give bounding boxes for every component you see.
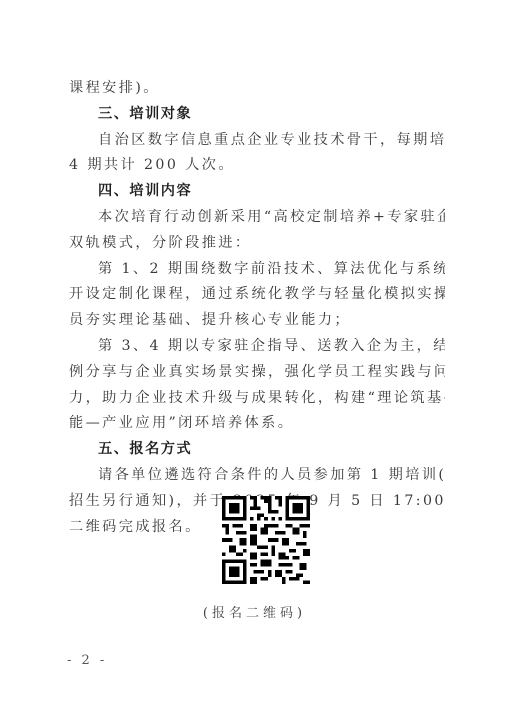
paragraph-line: 本次培育行动创新采用“高校定制培养+专家驻企指导” bbox=[69, 205, 445, 231]
paragraph-line: 自治区数字信息重点企业专业技术骨干，每期培训 50 人， bbox=[69, 128, 445, 154]
qr-caption: (报名二维码) bbox=[0, 602, 509, 621]
document-page: 课程安排)。 三、培训对象 自治区数字信息重点企业专业技术骨干，每期培训 50 … bbox=[0, 0, 509, 720]
page-number: - 2 - bbox=[67, 653, 107, 668]
paragraph-line: 员夯实理论基础、提升核心专业能力； bbox=[69, 308, 445, 334]
paragraph-line: 4 期共计 200 人次。 bbox=[69, 153, 445, 179]
section-heading-registration: 五、报名方式 bbox=[69, 437, 445, 463]
section-heading-content: 四、培训内容 bbox=[69, 179, 445, 205]
paragraph-line: 力，助力企业技术升级与成果转化，构建“理论筑基—实践赋 bbox=[69, 386, 445, 412]
paragraph-line: 课程安排)。 bbox=[69, 76, 445, 102]
paragraph-line: 第 3、4 期以专家驻企指导、送教入企为主，结合行业案 bbox=[69, 334, 445, 360]
document-body: 课程安排)。 三、培训对象 自治区数字信息重点企业专业技术骨干，每期培训 50 … bbox=[69, 76, 445, 540]
paragraph-line: 例分享与企业真实场景实操，强化学员工程实践与问题解决能 bbox=[69, 360, 445, 386]
paragraph-line: 请各单位遴选符合条件的人员参加第 1 期培训(第 2-4 期 bbox=[69, 463, 445, 489]
qr-code-icon[interactable] bbox=[222, 496, 310, 584]
paragraph-line: 双轨模式，分阶段推进： bbox=[69, 231, 445, 257]
paragraph-line: 第 1、2 期围绕数字前沿技术、算法优化与系统运维方向 bbox=[69, 257, 445, 283]
section-heading-trainees: 三、培训对象 bbox=[69, 102, 445, 128]
paragraph-line: 开设定制化课程，通过系统化教学与轻量化模拟实操，帮助学 bbox=[69, 282, 445, 308]
paragraph-line: 能—产业应用”闭环培养体系。 bbox=[69, 411, 445, 437]
